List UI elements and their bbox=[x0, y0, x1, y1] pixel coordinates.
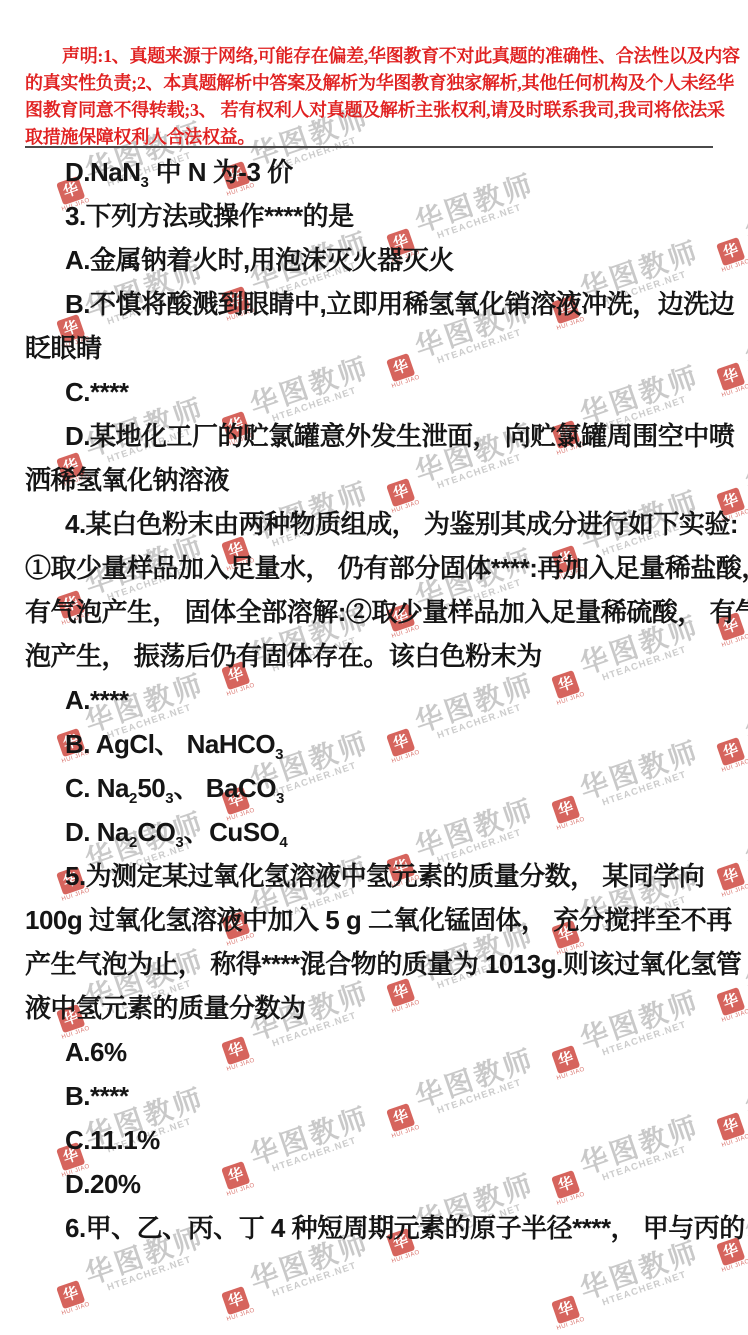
text-line: D.某地化工厂的贮氯罐意外发生泄面， 向贮氯罐周围空中喷 bbox=[25, 414, 748, 458]
text-line: 液中氢元素的质量分数为 bbox=[25, 986, 748, 1030]
text-line: 3.下列方法或操作****的是 bbox=[25, 194, 748, 238]
disclaimer-line: 声明:1、真题来源于网络,可能存在偏差,华图教育不对此真题的准确性、合法性以及内… bbox=[25, 43, 745, 70]
watermark-caption: HUI JIAO bbox=[391, 1250, 421, 1265]
text-line: A.金属钠着火时,用泡沫灭火器灭火 bbox=[25, 238, 748, 282]
document-page: { "disclaimer": { "label": "声明:", "color… bbox=[0, 0, 748, 1335]
text-line: D.20% bbox=[25, 1162, 748, 1206]
text-line: 有气泡产生， 固体全部溶解:②取少量样品加入足量稀硫酸， 有气 bbox=[25, 590, 748, 634]
text-line: D. Na2CO3、CuSO4 bbox=[25, 810, 748, 854]
watermark-caption: HUI JIAO bbox=[61, 1302, 91, 1317]
text-line: B.**** bbox=[25, 1074, 748, 1118]
watermark-domain-text: HTEACHER.NET bbox=[91, 1248, 212, 1299]
text-line: ①取少量样品加入足量水， 仍有部分固体****:再加入足量稀盐酸， bbox=[25, 546, 748, 590]
text-line: 5.为测定某过氧化氢溶液中氢元素的质量分数， 某同学向 bbox=[25, 854, 748, 898]
disclaimer-line: 的真实性负责;2、本真题解析中答案及解析为华图教育独家解析,其他任何机构及个人未… bbox=[25, 70, 745, 97]
text-line: 产生气泡为止， 称得****混合物的质量为 1013g.则该过氧化氢管 bbox=[25, 942, 748, 986]
huatu-logo-icon: 华 bbox=[56, 1280, 85, 1309]
text-line: C.11.1% bbox=[25, 1118, 748, 1162]
divider bbox=[25, 146, 713, 148]
text-line: 100g 过氧化氢溶液中加入 5 g 二氧化锰固体， 充分搅拌至不再 bbox=[25, 898, 748, 942]
text-line: 6.甲、乙、丙、丁 4 种短周期元素的原子半径****， 甲与丙的 bbox=[25, 1206, 748, 1250]
watermark-caption: HUI JIAO bbox=[721, 1259, 748, 1274]
disclaimer: 声明:1、真题来源于网络,可能存在偏差,华图教育不对此真题的准确性、合法性以及内… bbox=[25, 43, 745, 151]
text-line: B. AgCl、 NaHCO3 bbox=[25, 722, 748, 766]
document-body: D.NaN3 中 N 为-3 价3.下列方法或操作****的是A.金属钠着火时,… bbox=[25, 150, 748, 1250]
disclaimer-label: 声明: bbox=[62, 46, 103, 66]
disclaimer-text: 1、真题来源于网络,可能存在偏差,华图教育不对此真题的准确性、合法性以及内容 bbox=[103, 46, 740, 66]
disclaimer-line: 图教育同意不得转载;3、 若有权利人对真题及解析主张权利,请及时联系我司,我司将… bbox=[25, 97, 745, 124]
text-line: 4.某白色粉末由两种物质组成， 为鉴别其成分进行如下实验: bbox=[25, 502, 748, 546]
text-line: B.不慎将酸溅到眼睛中,立即用稀氢氧化销溶液冲洗，边洗边 bbox=[25, 282, 748, 326]
watermark-caption: HUI JIAO bbox=[556, 1317, 586, 1332]
watermark-domain-text: HTEACHER.NET bbox=[586, 1263, 707, 1314]
huatu-logo-icon: 华 bbox=[551, 1295, 580, 1324]
text-line: C.**** bbox=[25, 370, 748, 414]
watermark: 华HUI JIAO华图教师HTEACHER.NET bbox=[545, 1242, 709, 1332]
huatu-logo-icon: 华 bbox=[221, 1286, 250, 1315]
text-line: D.NaN3 中 N 为-3 价 bbox=[25, 150, 748, 194]
text-line: 洒稀氢氧化钠溶液 bbox=[25, 458, 748, 502]
text-line: A.**** bbox=[25, 678, 748, 722]
text-line: 眨眼睛 bbox=[25, 326, 748, 370]
watermark-caption: HUI JIAO bbox=[226, 1308, 256, 1323]
text-line: C. Na2503、 BaCO3 bbox=[25, 766, 748, 810]
text-line: A.6% bbox=[25, 1030, 748, 1074]
watermark-domain-text: HTEACHER.NET bbox=[256, 1254, 377, 1305]
text-line: 泡产生， 振荡后仍有固体存在。该白色粉末为 bbox=[25, 634, 748, 678]
